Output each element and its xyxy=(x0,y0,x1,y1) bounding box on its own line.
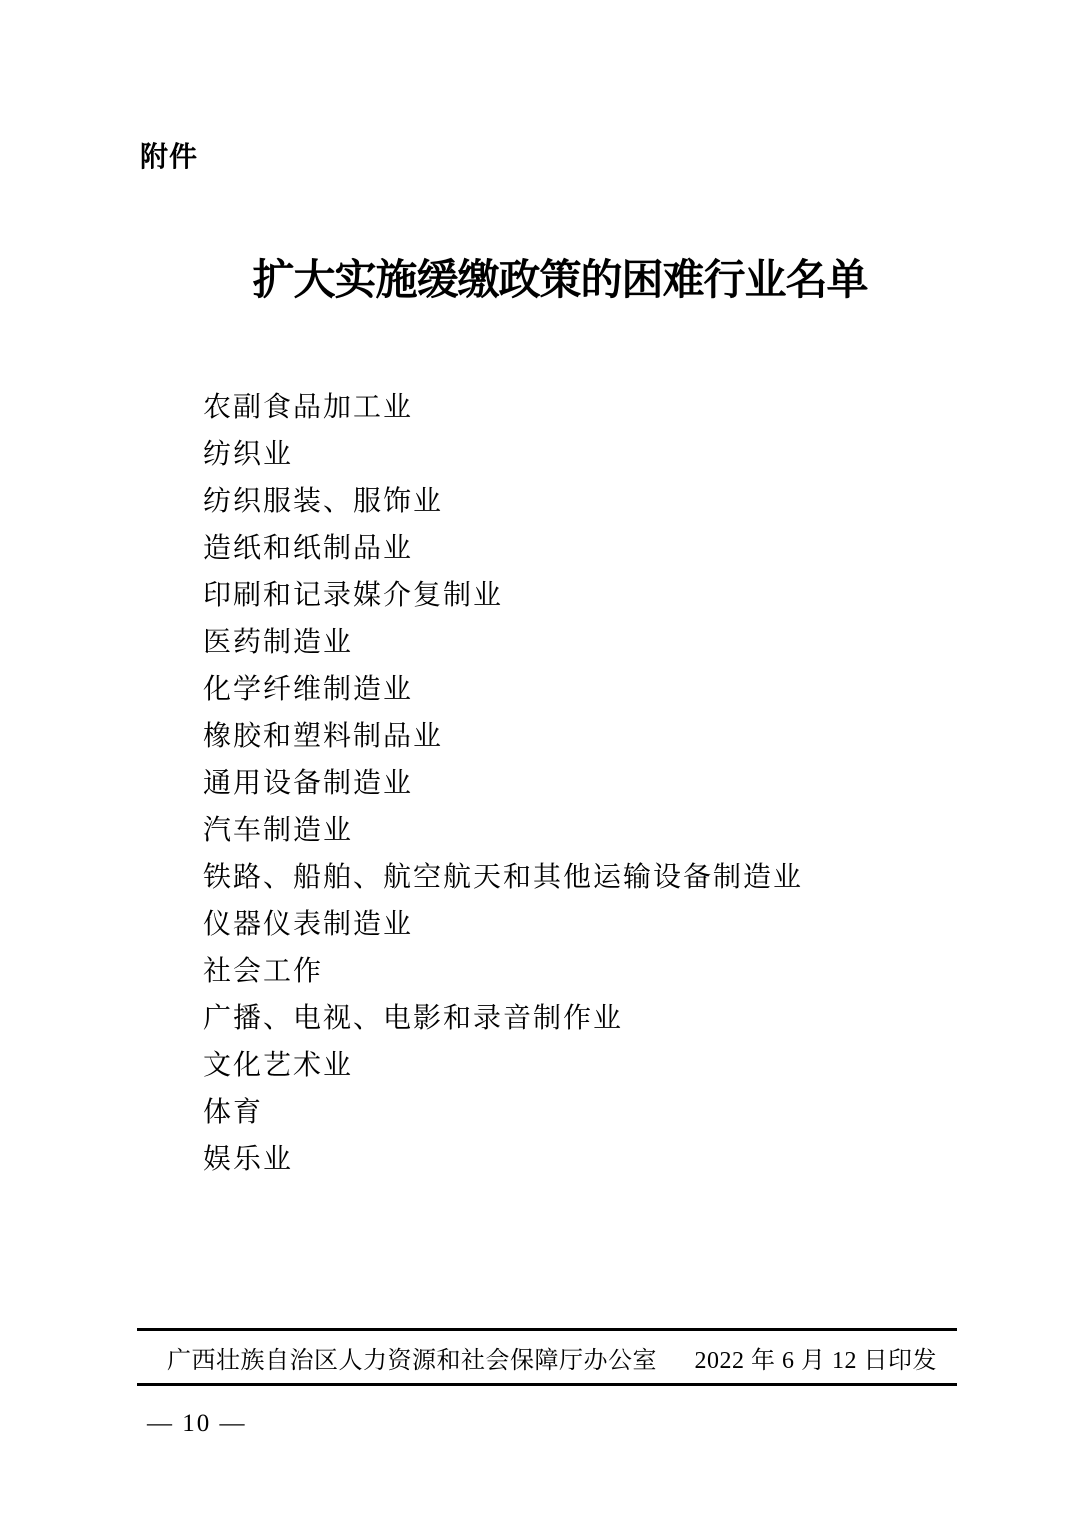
document-page: 附件 扩大实施缓缴政策的困难行业名单 农副食品加工业纺织业纺织服装、服饰业造纸和… xyxy=(0,0,1074,1520)
industry-list-item: 纺织业 xyxy=(203,431,903,478)
industry-list-item: 农副食品加工业 xyxy=(203,384,903,431)
industry-list: 农副食品加工业纺织业纺织服装、服饰业造纸和纸制品业印刷和记录媒介复制业医药制造业… xyxy=(203,384,903,1183)
footer-print-date: 2022 年 6 月 12 日印发 xyxy=(695,1340,938,1375)
footer-issuer: 广西壮族自治区人力资源和社会保障厅办公室 xyxy=(167,1340,657,1375)
industry-list-item: 汽车制造业 xyxy=(203,807,903,854)
industry-list-item: 化学纤维制造业 xyxy=(203,666,903,713)
industry-list-item: 娱乐业 xyxy=(203,1136,903,1183)
industry-list-item: 社会工作 xyxy=(203,948,903,995)
industry-list-item: 广播、电视、电影和录音制作业 xyxy=(203,995,903,1042)
industry-list-item: 造纸和纸制品业 xyxy=(203,525,903,572)
document-title: 扩大实施缓缴政策的困难行业名单 xyxy=(145,253,975,309)
industry-list-item: 橡胶和塑料制品业 xyxy=(203,713,903,760)
footer-bar: 广西壮族自治区人力资源和社会保障厅办公室 2022 年 6 月 12 日印发 xyxy=(137,1328,957,1386)
industry-list-item: 文化艺术业 xyxy=(203,1042,903,1089)
industry-list-item: 通用设备制造业 xyxy=(203,760,903,807)
industry-list-item: 印刷和记录媒介复制业 xyxy=(203,572,903,619)
industry-list-item: 仪器仪表制造业 xyxy=(203,901,903,948)
page-number: — 10 — xyxy=(147,1410,247,1438)
industry-list-item: 体育 xyxy=(203,1089,903,1136)
industry-list-item: 铁路、船舶、航空航天和其他运输设备制造业 xyxy=(203,854,903,901)
attachment-label: 附件 xyxy=(140,141,198,173)
industry-list-item: 医药制造业 xyxy=(203,619,903,666)
industry-list-item: 纺织服装、服饰业 xyxy=(203,478,903,525)
